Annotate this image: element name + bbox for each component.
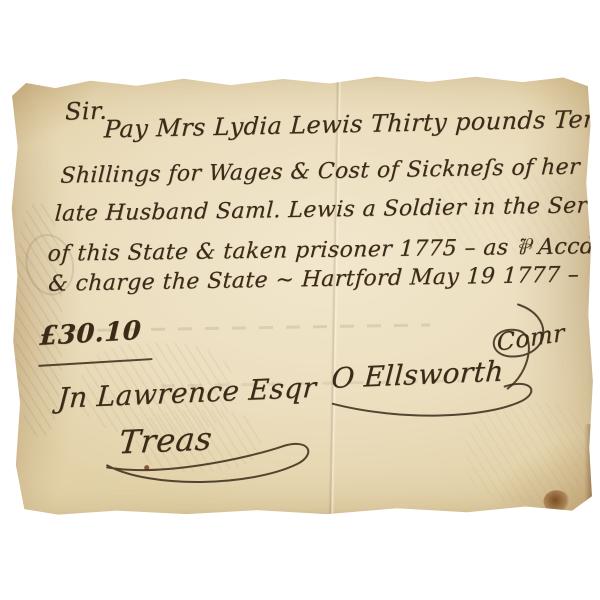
ink-speck xyxy=(144,465,149,470)
ink-bleed-smudge xyxy=(466,402,592,503)
document-paper: Sir. Pay Mrs Lydia Lewis Thirty pounds T… xyxy=(8,72,595,518)
signature-ellsworth: O Ellsworth xyxy=(330,355,504,395)
stain xyxy=(543,490,569,512)
signature-suffix: Comr xyxy=(496,319,565,357)
stain xyxy=(584,424,595,550)
photo-background: Sir. Pay Mrs Lydia Lewis Thirty pounds T… xyxy=(0,0,600,600)
amount-total: £30.10 xyxy=(39,316,142,352)
manuscript-line-4: of this State & taken prisoner 1775 – as… xyxy=(47,230,600,268)
fold-crease xyxy=(328,72,342,520)
manuscript-line-1: Pay Mrs Lydia Lewis Thirty pounds Ten xyxy=(103,105,599,143)
salutation-text: Sir. xyxy=(65,97,108,126)
addressee-role: Treas xyxy=(117,419,214,461)
manuscript-line-5: & charge the State ~ Hartford May 19 177… xyxy=(48,262,580,296)
